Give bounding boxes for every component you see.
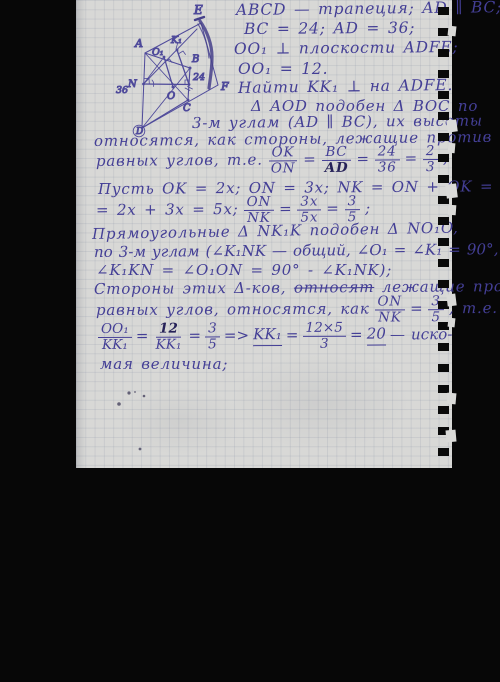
eq-prefix: равных углов, относятся, как xyxy=(96,301,370,320)
scanned-notebook-photo: { "colors": { "background": "#070707", "… xyxy=(0,0,500,682)
figure-label-b: B xyxy=(191,54,199,65)
equals-sign: = xyxy=(410,301,423,318)
equals-sign: = xyxy=(356,151,370,168)
eq-prefix: = 2x + 3x = 5x; xyxy=(96,201,239,219)
figure-label-a: A xyxy=(134,37,143,50)
figure-label-k1: K₁ xyxy=(170,35,182,46)
equals-sign: = xyxy=(405,151,419,168)
equals-sign: = xyxy=(188,328,201,345)
equals-sign: = xyxy=(279,201,292,218)
right-angle-k1 xyxy=(179,51,186,55)
angle-arc-n xyxy=(152,80,154,87)
figure-label-o1: O₁ xyxy=(152,47,164,58)
torn-tab xyxy=(445,183,458,198)
figure-label-f: F xyxy=(220,80,229,93)
torn-tab xyxy=(448,205,457,216)
solution-right-tri-3: ∠K₁KN = ∠O₁ON = 90° - ∠K₁NK); xyxy=(96,262,392,279)
torn-tab xyxy=(447,26,456,37)
problem-line-3: OO₁ ⊥ плоскости ADFE; xyxy=(234,39,459,59)
fraction-24-36: 2436 xyxy=(375,144,400,174)
fraction-ok-on: OKON xyxy=(268,145,299,175)
figure-label-o: O xyxy=(167,91,175,102)
kk1-term: KK₁ xyxy=(253,326,282,345)
height-nk xyxy=(144,84,190,85)
problem-line-1: ABCD — трапеция; AD ∥ BC; xyxy=(236,0,500,20)
notebook-page: E A B N O C D F K₁ O₁ 24 36 ABCD — трапе… xyxy=(76,0,452,468)
fraction-oo1-kk1: OO₁KK₁ xyxy=(98,322,132,352)
torn-tab xyxy=(448,143,456,154)
solution-final-eq: OO₁KK₁ = 12KK₁ = 35 => KK₁ = 12×53 = 20 … xyxy=(98,320,453,352)
solution-eq-ratio: равных углов, т.е. OKON = BCAD = 2436 = … xyxy=(96,144,449,177)
pen-scribble-3 xyxy=(195,17,204,20)
fraction-bc-ad: BCAD xyxy=(322,145,352,175)
problem-find-line: Найти KK₁ ⊥ на ADFE. xyxy=(238,77,453,98)
solution-final-line: мая величина; xyxy=(100,356,228,373)
fraction-2-3: 23 xyxy=(423,144,439,174)
fraction-3-5: 35 xyxy=(205,321,220,351)
equals-sign: = xyxy=(303,152,317,169)
problem-line-2: BC = 24; AD = 36; xyxy=(244,20,415,39)
torn-tab xyxy=(446,293,456,306)
equals-sign: = xyxy=(136,328,149,345)
equals-sign: = xyxy=(350,327,363,344)
torn-tab xyxy=(448,318,456,328)
figure-label-c: C xyxy=(183,103,191,114)
eq-prefix: равных углов, т.е. xyxy=(96,152,263,171)
figure-label-e: E xyxy=(193,3,203,17)
torn-tab xyxy=(447,393,457,405)
equals-sign: = xyxy=(326,201,339,218)
fraction-12-kk1: 12KK₁ xyxy=(152,322,184,352)
result-value: 20 xyxy=(367,326,386,345)
fraction-12x5-3: 12×53 xyxy=(302,321,346,351)
semicolon: ; xyxy=(365,201,371,218)
implies-arrow: => xyxy=(224,328,249,345)
figure-label-bc-length: 24 xyxy=(192,72,205,83)
problem-line-4: OO₁ = 12. xyxy=(238,61,328,79)
fraction-on-nk: ONNK xyxy=(244,195,275,225)
figure-label-ad-length: 36 xyxy=(116,85,128,96)
figure-label-n: N xyxy=(127,79,138,90)
torn-tab xyxy=(446,119,458,132)
ink-specks xyxy=(117,391,145,450)
equals-sign: = xyxy=(286,327,299,344)
torn-tab xyxy=(445,430,456,443)
